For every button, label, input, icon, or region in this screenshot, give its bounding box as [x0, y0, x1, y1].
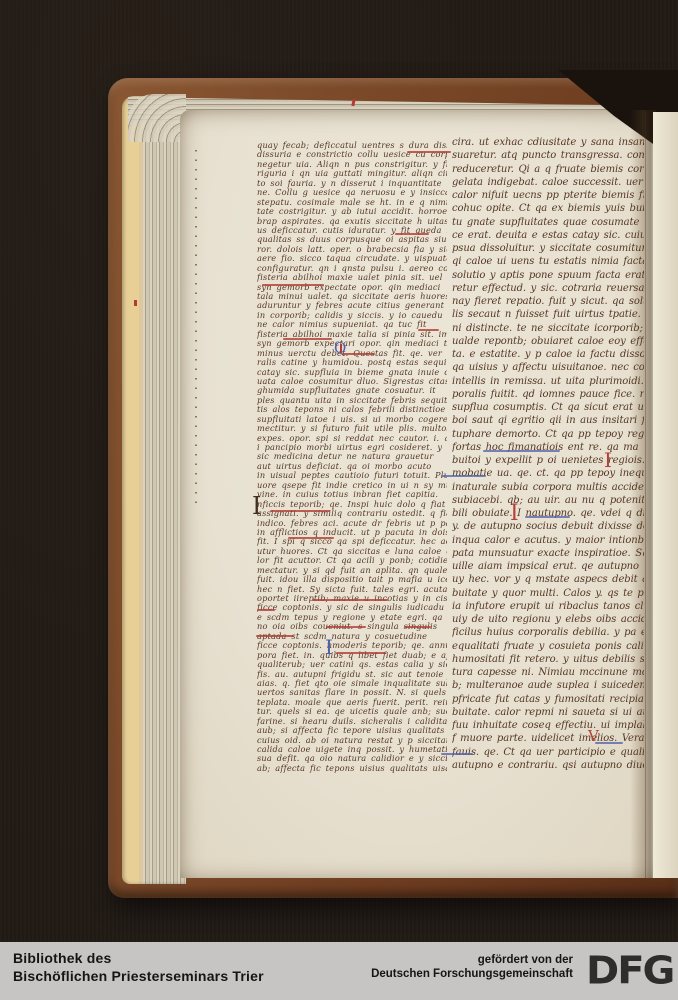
- manuscript-line: ta. e estatite. y p caloe ia factu disso…: [452, 348, 644, 361]
- manuscript-line: expes. opor. spi si reddat nec cautor. i…: [257, 434, 447, 443]
- manuscript-line: ficilus huius corporalis debilia. y pa e…: [452, 626, 644, 639]
- manuscript-line: tate costrigitur. y ab iutui accidit. ho…: [257, 207, 447, 216]
- manuscript-line: bili obuiate. I nautupno. qe. vdei q dix…: [452, 507, 644, 520]
- manuscript-line: aduruntur y febres acute citius generant: [257, 301, 447, 310]
- manuscript-line: autupno e contrariu. qsi autupno diuer.: [452, 759, 644, 772]
- manuscript-line: farine. si hearu duils. sicheralis i cal…: [257, 717, 447, 726]
- manuscript-line: ralis catine y humidou. postq estas sequ…: [257, 358, 447, 367]
- red-underline: [395, 233, 429, 235]
- manuscript-line: qualitas ss duus corpusque oi aspitas si…: [257, 235, 447, 244]
- manuscript-line: ficce coptonis. y sic de singulis iudica…: [257, 603, 447, 612]
- manuscript-line: negetur uia. Aliqn n pus constrigitur. y…: [257, 160, 447, 169]
- initial-q-red-stroke: [340, 344, 342, 353]
- dfg-logo: DFG: [586, 943, 673, 998]
- initial-i-red: I: [510, 503, 519, 525]
- manuscript-line: aut uirtus deficiat. qa oi morbo acuto: [257, 462, 447, 471]
- manuscript-line: catay sic. supfluia in bieme gnata inuie…: [257, 368, 447, 377]
- library-line1: Bibliothek des: [13, 950, 264, 968]
- red-underline: [312, 599, 388, 601]
- manuscript-line: e scdm tepus y regione y etate egri. qa: [257, 613, 447, 622]
- manuscript-line: inqua calor e acutus. y maior intionb; u…: [452, 534, 644, 547]
- manuscript-line: supfluitati latoe i uis. si ui morbo cog…: [257, 415, 447, 424]
- manuscript-line: fis. au. autupni frigidu st. sic aut ten…: [257, 670, 447, 679]
- manuscript-line: tuphare demorto. Ct qa pp tepoy regiam n…: [452, 428, 644, 441]
- manuscript-line: reduceretur. Qi a q fruate biemis corpor…: [452, 163, 644, 176]
- manuscript-line: hec n fiet. Sy sicta fuit. tales egri. a…: [257, 585, 447, 594]
- manuscript-line: fuu inhuitate coseq effectiu. ui implab;…: [452, 719, 644, 732]
- manuscript-line: uy hec. vor y q mstate aspecs debit aie …: [452, 573, 644, 586]
- manuscript-line: inaturale subia corpora multis accidetib…: [452, 481, 644, 494]
- manuscript-line: suaretur. atq puncto transgressa. conseq…: [452, 149, 644, 162]
- manuscript-line: in uisual peptes cautioio futuri totuit.…: [257, 471, 447, 480]
- manuscript-line: supflua cosumptis. Ct qa sicut erat uiri…: [452, 401, 644, 414]
- manuscript-line: configuratur. qn i qnsta pulsu i. aereo …: [257, 264, 447, 273]
- edge-red-mark: [134, 300, 137, 306]
- manuscript-line: sua defit. qa oio natura calidior e y si…: [257, 754, 447, 763]
- manuscript-line: fisteria abilhoi maxie ualet pinia sit. …: [257, 273, 447, 282]
- pricking-dots: [195, 150, 197, 506]
- manuscript-line: mectatur. y si qd fuit an aplita. qn qua…: [257, 566, 447, 575]
- manuscript-line: tu gnate supfluitates quae cosumate nec: [452, 216, 644, 229]
- initial-i-blue: I: [325, 637, 333, 657]
- library-line2: Bischöflichen Priesterseminars Trier: [13, 968, 264, 986]
- funding-line2: Deutschen Forschungsgemeinschaft: [371, 968, 573, 982]
- manuscript-line: aere fio. sicco taqua circudate. y uispu…: [257, 254, 447, 263]
- manuscript-line: calor nifuit uecns pp pterite biemis fru…: [452, 189, 644, 202]
- manuscript-line: stepatu. cosimale male se ht. in e q nim…: [257, 198, 447, 207]
- manuscript-line: fortas hoc fimanatiois ent re. qa ma q e…: [452, 441, 644, 454]
- manuscript-line: tis alos tepons ni calos febrili distinc…: [257, 405, 447, 414]
- manuscript-line: lor fit acuttor. Ct qa acili y ponb; cot…: [257, 556, 447, 565]
- red-underline: [326, 626, 366, 628]
- initial-i-red: I: [604, 450, 612, 470]
- manuscript-line: ce erat. deuita e estas catay sic. cuius…: [452, 229, 644, 242]
- manuscript-line: gelata indigebat. caloe successit. uer c…: [452, 176, 644, 189]
- manuscript-line: sic medicina detur ne natura grauetur: [257, 452, 447, 461]
- initial-i-black: I: [252, 494, 261, 518]
- manuscript-line: pata munsuatur exacte inspiratioe. Sq. y: [452, 547, 644, 560]
- manuscript-line: vine. in cuius totius inbran fiet capiti…: [257, 490, 447, 499]
- manuscript-line: qualiterub; uer catini qs. estas calia y…: [257, 660, 447, 669]
- manuscript-line: in afflictios q inducit. ut p pacuta in …: [257, 528, 447, 537]
- manuscript-line: uore qsepe fit indie cretico in ui n sy …: [257, 481, 447, 490]
- manuscript-line: to soi fauria. y n disserut i inquantita…: [257, 179, 447, 188]
- red-underline: [342, 353, 375, 355]
- manuscript-line: fauis. qe. Ct qa uer participio e qualit…: [452, 746, 644, 759]
- manuscript-line: fit. I spi q sicco qa spi deficcatur. he…: [257, 537, 447, 546]
- manuscript-line: tur. quels si ea. qe uicetis quale anb; …: [257, 707, 447, 716]
- manuscript-line: intellis in remissa. ut uita plurimoidi.…: [452, 375, 644, 388]
- manuscript-line: poralis fuitit. qd iomnes pauce fice. re…: [452, 388, 644, 401]
- red-underline: [418, 329, 439, 331]
- funding-line1: gefördert von der: [371, 954, 573, 968]
- manuscript-line: quay fecab; deficcatul uentres s dura di…: [257, 141, 447, 150]
- page-edges-corner: [128, 94, 186, 142]
- manuscript-line: buitate y quor multi. Calos y. qs te por…: [452, 587, 644, 600]
- blue-underline: [441, 475, 486, 477]
- manuscript-line: riguria i qn uia guttati mingitur. aliqn…: [257, 169, 447, 178]
- manuscript-line: boi saut qi egritio qii in aus insitari …: [452, 414, 644, 427]
- manuscript-line: retur effectud. y sic. cotraria reuersa …: [452, 282, 644, 295]
- manuscript-line: cuius oid. ab oi natura restat y p sicci…: [257, 736, 447, 745]
- manuscript-line: ni distincte. te ne siccitate icorporib;…: [452, 322, 644, 335]
- manuscript-line: syn gemorb expectari opor. qin mediaci t…: [257, 339, 447, 348]
- manuscript-line: ror. dolois latt. oper. o brabecsia fia …: [257, 245, 447, 254]
- blue-underline: [483, 450, 560, 452]
- manuscript-line: cohuc opite. Ct qa ex biemis yuis buitat…: [452, 202, 644, 215]
- red-underline: [336, 652, 386, 654]
- gutter-fold-line: [645, 112, 646, 878]
- manuscript-line: uiy de uito regionu y elebs oibs accidit…: [452, 613, 644, 626]
- blue-underline: [525, 516, 570, 518]
- manuscript-line: brap aspirates. qa exutis siccitate h ui…: [257, 217, 447, 226]
- red-underline: [257, 609, 275, 611]
- manuscript-line: calida caloe uigete inq possit. y humeta…: [257, 745, 447, 754]
- manuscript-line: subiacebi. qb; au uir. au nu q potenit t…: [452, 494, 644, 507]
- manuscript-line: tura capesse ni. Nimiau mccinune mo: [452, 666, 644, 679]
- manuscript-line: mobatie ua. qe. ct. qa pp tepoy inequali…: [452, 467, 644, 480]
- red-underline: [283, 338, 332, 340]
- manuscript-line: equalitati fruate y cosuieta ponis calid…: [452, 640, 644, 653]
- manuscript-line: nay fieret repatio. fuit y sicut. qa sol…: [452, 295, 644, 308]
- manuscript-line: y. de autupno socius debuit dixisse de e…: [452, 520, 644, 533]
- manuscript-line: ghumida supfluitates gnate cosuatur. it: [257, 386, 447, 395]
- funding-credit: gefördert von der Deutschen Forschungsge…: [371, 954, 573, 981]
- manuscript-line: buitate. calor repmi ni saueta si ui aut…: [452, 706, 644, 719]
- text-column-left: quay fecab; deficcatul uentres s dura di…: [257, 141, 447, 774]
- manuscript-line: mectitur. y si futuro fuit utile plis. m…: [257, 424, 447, 433]
- manuscript-line: i pancipio morbi uirtus egri cosideret. …: [257, 443, 447, 452]
- manuscript-line: qa uisius y affectu uisuitanoe. nec cosi…: [452, 361, 644, 374]
- page-edges-left: [122, 96, 186, 884]
- manuscript-line: uertos sanitas flare in possit. N. si qu…: [257, 688, 447, 697]
- manuscript-line: teplata. moale que aeris fuerit. perit. …: [257, 698, 447, 707]
- manuscript-line: indico. febres aci. acute dr febris ut p…: [257, 519, 447, 528]
- red-underline: [288, 537, 334, 539]
- manuscript-line: humositati fit retero. y uitus debilis s…: [452, 653, 644, 666]
- manuscript-line: buitoi y expellit p oi uenietes regiois.…: [452, 454, 644, 467]
- manuscript-line: tala minui ualet. qa siccitate aeris huo…: [257, 292, 447, 301]
- red-underline: [262, 284, 324, 286]
- manuscript-line: solutio y aptis pone spuum facta erat pe…: [452, 269, 644, 282]
- manuscript-line: cira. ut exhac cdiusitate y sana insanit…: [452, 136, 644, 149]
- manuscript-line: ne. Collu g uesice qa neruosu e y insicc…: [257, 188, 447, 197]
- caption-bar: Bibliothek des Bischöflichen Priestersem…: [0, 942, 678, 1000]
- red-underline: [407, 151, 451, 153]
- manuscript-line: ab; affecta fic tepons uisius qualitats …: [257, 764, 447, 773]
- manuscript-line: nficcis teporib; qe. Inspi huic dolo q f…: [257, 500, 447, 509]
- manuscript-line: qi caloe ui uens tu estatis nimia facta …: [452, 255, 644, 268]
- red-underline: [404, 626, 431, 628]
- manuscript-line: pfricate fut catas y fumositati recipia …: [452, 693, 644, 706]
- digitized-manuscript-photo: quay fecab; deficcatul uentres s dura di…: [0, 0, 678, 1000]
- blue-underline: [441, 753, 473, 755]
- manuscript-line: ualde repontb; obuiaret caloe eoy effect…: [452, 335, 644, 348]
- manuscript-line: aias. q. fiet qto oie simale inqualitate…: [257, 679, 447, 688]
- manuscript-line: uata caloe cosumitur dluo. Sigrestas cit…: [257, 377, 447, 386]
- manuscript-line: in corporib; calidis y siccis. y io caue…: [257, 311, 447, 320]
- manuscript-line: ficce coptonis. nmoderis teporib; qe. an…: [257, 641, 447, 650]
- blue-underline: [595, 742, 623, 744]
- manuscript-line: uille aiam impsical erut. qe autupno por…: [452, 560, 644, 573]
- manuscript-line: aub; si affecta fic tepore uisius qualit…: [257, 726, 447, 735]
- manuscript-line: ples quantu uita in siccitate febris seq…: [257, 396, 447, 405]
- manuscript-line: utur huores. Ct qa siccitas e luna caloe…: [257, 547, 447, 556]
- manuscript-line: b; multeranoe aude suplea i suicedenti: [452, 679, 644, 692]
- text-column-right: cira. ut exhac cdiusitate y sana insanit…: [452, 136, 644, 774]
- manuscript-line: psua dissoluitur. y siccitate cosumitur.…: [452, 242, 644, 255]
- facing-page-sliver: [653, 112, 678, 878]
- manuscript-line: lis secaut n fuisset fuit uirtus tpatie.…: [452, 308, 644, 321]
- manuscript-line: fuit. idou illa dispositio tait p mafia …: [257, 575, 447, 584]
- library-name: Bibliothek des Bischöflichen Priestersem…: [13, 950, 264, 985]
- manuscript-line: ia infutore erupit ui ribaclus tanos cli…: [452, 600, 644, 613]
- red-underline: [270, 510, 330, 512]
- red-underline: [256, 635, 294, 637]
